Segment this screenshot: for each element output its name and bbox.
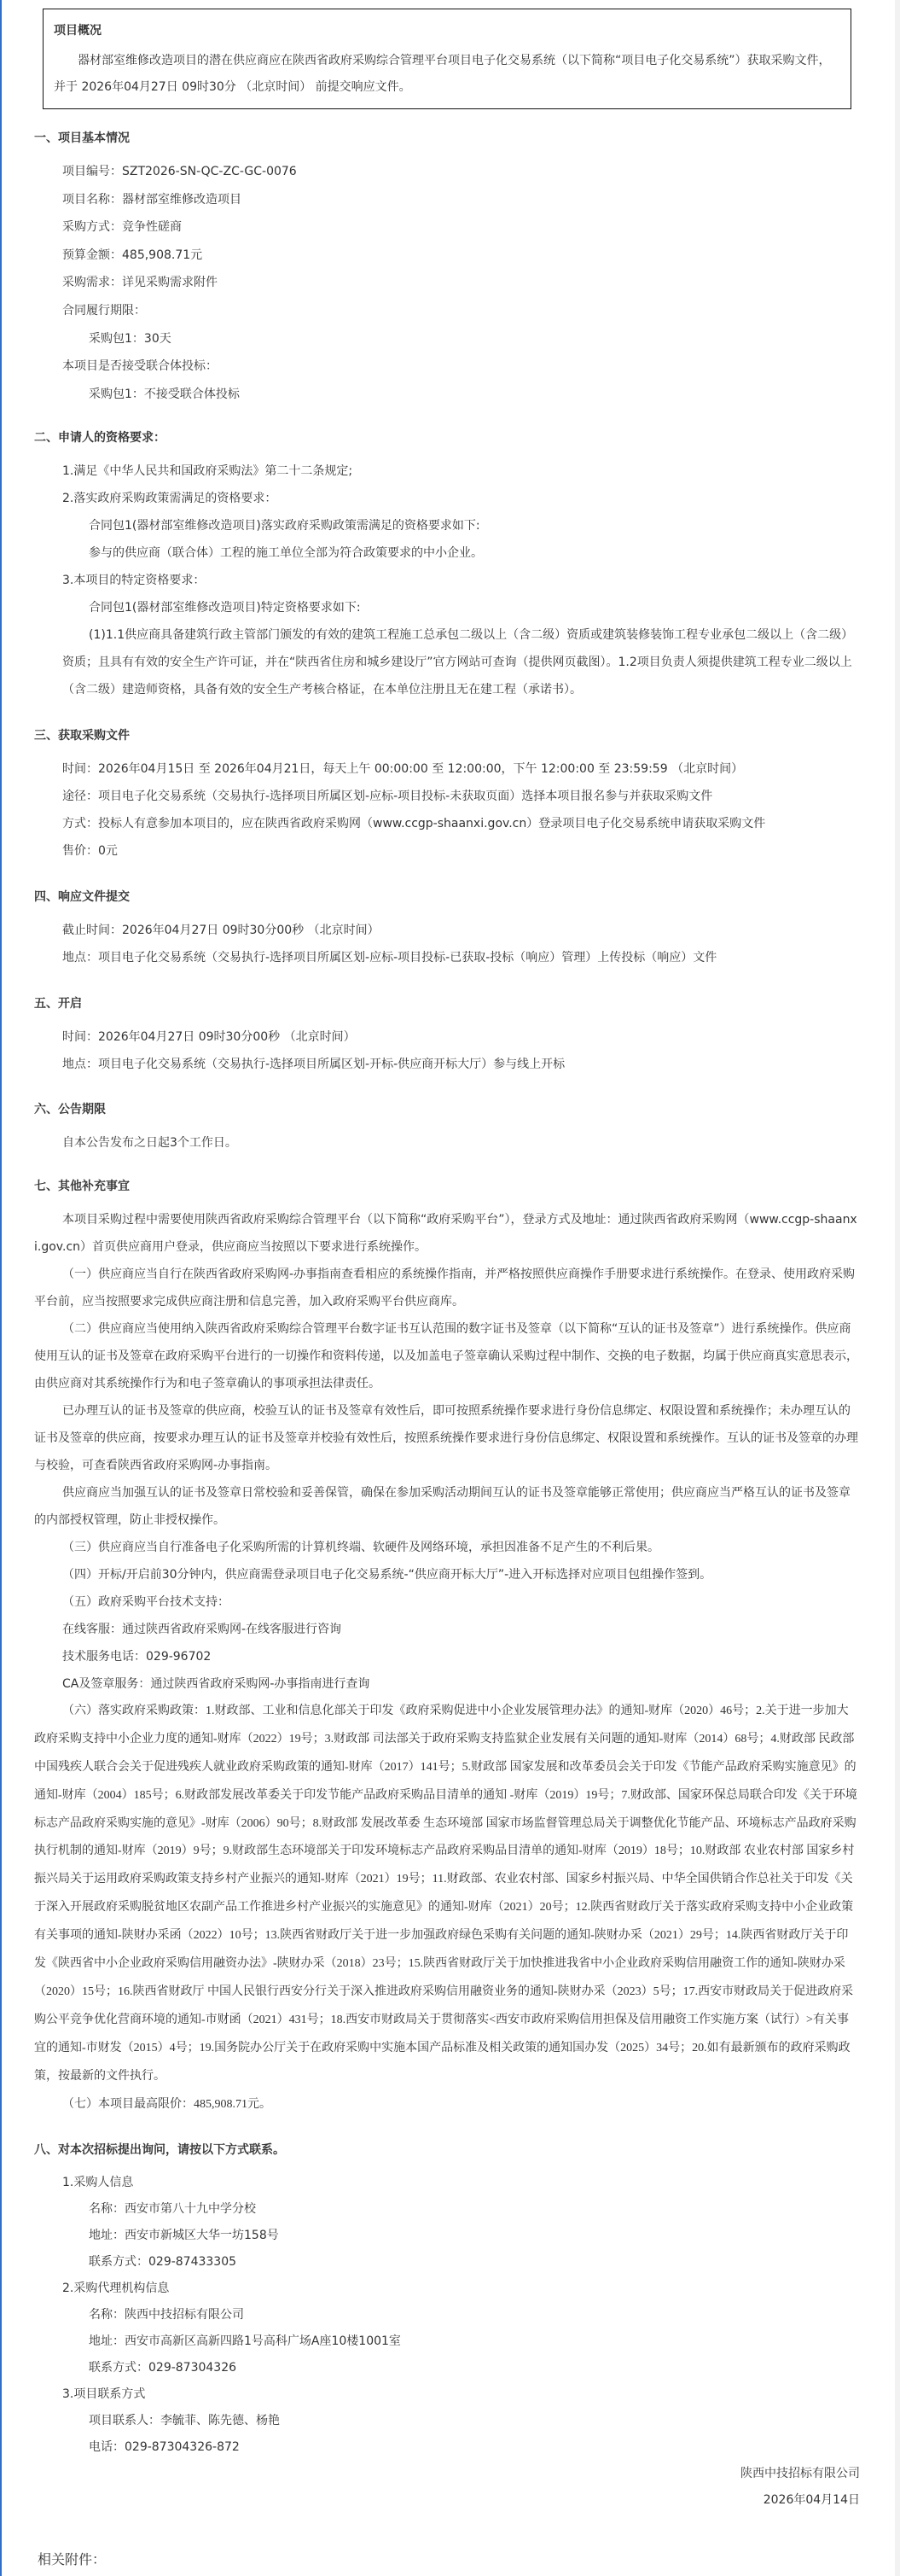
- field-label: 售价：: [62, 844, 98, 858]
- field-value: 竞争性磋商: [122, 220, 182, 234]
- obtain-price: 售价：0元: [34, 837, 860, 865]
- project-contact-heading: 3.项目联系方式: [34, 2381, 860, 2408]
- section-title: 一、项目基本情况: [34, 125, 860, 152]
- field-value: 2026年04月27日 09时30分00秒 （北京时间）: [98, 1030, 356, 1044]
- opening-location: 地点：项目电子化交易系统（交易执行-选择项目所属区划-开标-供应商开标大厅）参与…: [34, 1051, 860, 1078]
- field-value: 详见采购需求附件: [122, 276, 218, 289]
- contract-period-package: 采购包1：30天: [34, 325, 860, 353]
- field-value: 0元: [98, 844, 118, 858]
- signature-org: 陕西中技招标有限公司: [0, 2461, 860, 2487]
- consortium-package: 采购包1：不接受联合体投标: [34, 381, 860, 409]
- tech-support-phone: 技术服务电话：029-96702: [34, 1643, 860, 1670]
- section-title: 三、获取采购文件: [34, 722, 860, 749]
- package-value: 30天: [144, 332, 171, 346]
- purchaser-phone: 联系方式：029-87433305: [34, 2249, 860, 2276]
- other-paragraph: 供应商应当加强互认的证书及签章日常校验和妥善保管，确保在参加采购活动期间互认的证…: [34, 1479, 860, 1534]
- notice-period-text: 自本公告发布之日起3个工作日。: [34, 1129, 860, 1157]
- qualification-subitem: 合同包1(器材部室维修改造项目)落实政府采购政策需满足的资格要求如下:: [34, 512, 860, 539]
- field-label: 名称：: [89, 2202, 125, 2216]
- section-submission: 四、响应文件提交 截止时间：2026年04月27日 09时30分00秒 （北京时…: [34, 883, 860, 971]
- field-value: 项目电子化交易系统（交易执行-选择项目所属区划-应标-项目投标-已获取-投标（响…: [98, 951, 717, 965]
- section-title: 八、对本次招标提出询问，请按以下方式联系。: [34, 2136, 860, 2164]
- field-label: 联系方式：: [89, 2361, 148, 2375]
- section-contact: 八、对本次招标提出询问，请按以下方式联系。 1.采购人信息 名称：西安市第八十九…: [34, 2136, 860, 2461]
- section-qualification: 二、申请人的资格要求： 1.满足《中华人民共和国政府采购法》第二十二条规定; 2…: [34, 424, 860, 703]
- field-label: 途径：: [62, 790, 98, 803]
- purchaser-heading: 1.采购人信息: [34, 2170, 860, 2196]
- field-value: 李毓菲、陈先德、杨艳: [160, 2414, 280, 2427]
- section-other: 七、其他补充事宜 本项目采购过程中需要使用陕西省政府采购综合管理平台（以下简称“…: [34, 1173, 860, 2118]
- field-value: 西安市高新区高新四路1号高科广场A座10楼1001室: [125, 2334, 401, 2348]
- attachments-label: 相关附件：: [38, 2546, 895, 2573]
- package-label: 采购包1：: [89, 388, 144, 401]
- project-contact-persons: 项目联系人：李毓菲、陈先德、杨艳: [34, 2408, 860, 2434]
- section-title: 二、申请人的资格要求：: [34, 424, 860, 452]
- field-value: 029-87304326-872: [125, 2440, 240, 2454]
- field-value: 西安市第八十九中学分校: [125, 2202, 256, 2216]
- field-value: 485,908.71元: [122, 248, 202, 262]
- policy-paragraph: （六）落实政府采购政策：1.财政部、工业和信息化部关于印发《政府采购促进中小企业…: [34, 1698, 860, 2091]
- purchaser-name: 名称：西安市第八十九中学分校: [34, 2196, 860, 2223]
- other-paragraph: （三）供应商应当自行准备电子化采购所需的计算机终端、软硬件及网络环境，承担因准备…: [34, 1534, 860, 1561]
- other-paragraph: （四）开标/开启前30分钟内，供应商需登录项目电子化交易系统-“供应商开标大厅”…: [34, 1561, 860, 1588]
- field-label: 电话：: [89, 2440, 125, 2454]
- obtain-route: 途径：项目电子化交易系统（交易执行-选择项目所属区划-应标-项目投标-未获取页面…: [34, 783, 860, 810]
- section-basic-info: 一、项目基本情况 项目编号：SZT2026-SN-QC-ZC-GC-0076 项…: [34, 125, 860, 408]
- opening-time: 时间：2026年04月27日 09时30分00秒 （北京时间）: [34, 1023, 860, 1051]
- qualification-item: 2.落实政府采购政策需满足的资格要求：: [34, 485, 860, 512]
- signature-date: 2026年04月14日: [0, 2487, 860, 2514]
- field-value: 项目电子化交易系统（交易执行-选择项目所属区划-应标-项目投标-未获取页面）选择…: [98, 790, 712, 803]
- agency-address: 地址：西安市高新区高新四路1号高科广场A座10楼1001室: [34, 2328, 860, 2355]
- project-name: 项目名称：器材部室维修改造项目: [34, 186, 860, 214]
- other-paragraph: 已办理互认的证书及签章的供应商，校验互认的证书及签章有效性后，即可按照系统操作要…: [34, 1397, 860, 1479]
- field-label: 采购需求：: [62, 276, 122, 289]
- consortium-label: 本项目是否接受联合体投标：: [34, 353, 860, 381]
- field-label: 截止时间：: [62, 924, 122, 937]
- field-value: 项目电子化交易系统（交易执行-选择项目所属区划-开标-供应商开标大厅）参与线上开…: [98, 1058, 565, 1071]
- overview-text: 器材部室维修改造项目的潜在供应商应在陕西省政府采购综合管理平台项目电子化交易系统…: [54, 48, 840, 101]
- field-label: 地点：: [62, 1058, 98, 1071]
- field-label: 联系方式：: [89, 2255, 148, 2269]
- field-label: 时间：: [62, 762, 98, 776]
- agency-heading: 2.采购代理机构信息: [34, 2276, 860, 2302]
- section-title: 五、开启: [34, 990, 860, 1017]
- overview-title: 项目概况: [54, 18, 851, 44]
- field-value: 投标人有意参加本项目的，应在陕西省政府采购网（www.ccgp-shaanxi.…: [98, 817, 765, 830]
- online-service: 在线客服：通过陕西省政府采购网-在线客服进行咨询: [34, 1616, 860, 1643]
- ca-service: CA及签章服务：通过陕西省政府采购网-办事指南进行查询: [34, 1670, 860, 1698]
- field-value: 陕西中技招标有限公司: [125, 2308, 244, 2322]
- qualification-item: 3.本项目的特定资格要求：: [34, 567, 860, 594]
- qualification-item: 1.满足《中华人民共和国政府采购法》第二十二条规定;: [34, 458, 860, 485]
- field-label: 地点：: [62, 951, 98, 965]
- other-paragraph: （五）政府采购平台技术支持：: [34, 1588, 860, 1616]
- field-value: 029-87304326: [148, 2361, 236, 2375]
- field-value: 2026年04月27日 09时30分00秒 （北京时间）: [122, 924, 380, 937]
- field-label: 采购方式：: [62, 220, 122, 234]
- scrollbar-track[interactable]: [895, 0, 900, 2576]
- field-label: 项目名称：: [62, 193, 122, 207]
- section-title: 七、其他补充事宜: [34, 1173, 860, 1200]
- field-label: 地址：: [89, 2229, 125, 2242]
- section-obtain-docs: 三、获取采购文件 时间：2026年04月15日 至 2026年04月21日，每天…: [34, 722, 860, 865]
- submission-deadline: 截止时间：2026年04月27日 09时30分00秒 （北京时间）: [34, 917, 860, 944]
- field-value: 2026年04月15日 至 2026年04月21日，每天上午 00:00:00 …: [98, 762, 743, 776]
- project-number: 项目编号：SZT2026-SN-QC-ZC-GC-0076: [34, 158, 860, 186]
- qualification-detail: (1)1.1供应商具备建筑行政主管部门颁发的有效的建筑工程施工总承包二级以上（含…: [34, 621, 860, 703]
- field-label: 项目联系人：: [89, 2414, 160, 2427]
- submission-location: 地点：项目电子化交易系统（交易执行-选择项目所属区划-应标-项目投标-已获取-投…: [34, 944, 860, 971]
- field-label: 预算金额：: [62, 248, 122, 262]
- overview-box: 项目概况 器材部室维修改造项目的潜在供应商应在陕西省政府采购综合管理平台项目电子…: [43, 9, 851, 109]
- qualification-subitem: 参与的供应商（联合体）工程的施工单位全部为符合政策要求的中小企业。: [34, 539, 860, 567]
- field-value: 器材部室维修改造项目: [122, 193, 241, 207]
- other-paragraph: （一）供应商应当自行在陕西省政府采购网-办事指南查看相应的系统操作指南，并严格按…: [34, 1261, 860, 1315]
- procurement-method: 采购方式：竞争性磋商: [34, 213, 860, 242]
- agency-phone: 联系方式：029-87304326: [34, 2355, 860, 2381]
- section-title: 四、响应文件提交: [34, 883, 860, 911]
- obtain-method: 方式：投标人有意参加本项目的，应在陕西省政府采购网（www.ccgp-shaan…: [34, 810, 860, 837]
- package-value: 不接受联合体投标: [144, 388, 240, 401]
- signature-block: 陕西中技招标有限公司 2026年04月14日: [0, 2461, 860, 2514]
- max-price: （七）本项目最高限价：485,908.71元。: [34, 2091, 860, 2118]
- section-opening: 五、开启 时间：2026年04月27日 09时30分00秒 （北京时间） 地点：…: [34, 990, 860, 1078]
- field-value: 029-87433305: [148, 2255, 236, 2269]
- package-label: 采购包1：: [89, 332, 144, 346]
- obtain-time: 时间：2026年04月15日 至 2026年04月21日，每天上午 00:00:…: [34, 755, 860, 783]
- other-paragraph: 本项目采购过程中需要使用陕西省政府采购综合管理平台（以下简称“政府采购平台”），…: [34, 1206, 860, 1261]
- contract-period-label: 合同履行期限：: [34, 297, 860, 325]
- procurement-requirement: 采购需求：详见采购需求附件: [34, 269, 860, 297]
- project-contact-phone: 电话：029-87304326-872: [34, 2434, 860, 2461]
- field-label: 时间：: [62, 1030, 98, 1044]
- section-notice-period: 六、公告期限 自本公告发布之日起3个工作日。: [34, 1096, 860, 1157]
- agency-name: 名称：陕西中技招标有限公司: [34, 2302, 860, 2328]
- field-value: 西安市新城区大华一坊158号: [125, 2229, 279, 2242]
- section-title: 六、公告期限: [34, 1096, 860, 1123]
- field-label: 项目编号：: [62, 165, 122, 178]
- purchaser-address: 地址：西安市新城区大华一坊158号: [34, 2223, 860, 2249]
- budget-amount: 预算金额：485,908.71元: [34, 242, 860, 270]
- qualification-subitem: 合同包1(器材部室维修改造项目)特定资格要求如下:: [34, 594, 860, 621]
- announcement-page: 项目概况 器材部室维修改造项目的潜在供应商应在陕西省政府采购综合管理平台项目电子…: [0, 0, 895, 2573]
- field-label: 方式：: [62, 817, 98, 830]
- other-paragraph: （二）供应商应当使用纳入陕西省政府采购综合管理平台数字证书互认范围的数字证书及签…: [34, 1315, 860, 1397]
- field-label: 名称：: [89, 2308, 125, 2322]
- field-label: 地址：: [89, 2334, 125, 2348]
- field-value: SZT2026-SN-QC-ZC-GC-0076: [122, 165, 297, 178]
